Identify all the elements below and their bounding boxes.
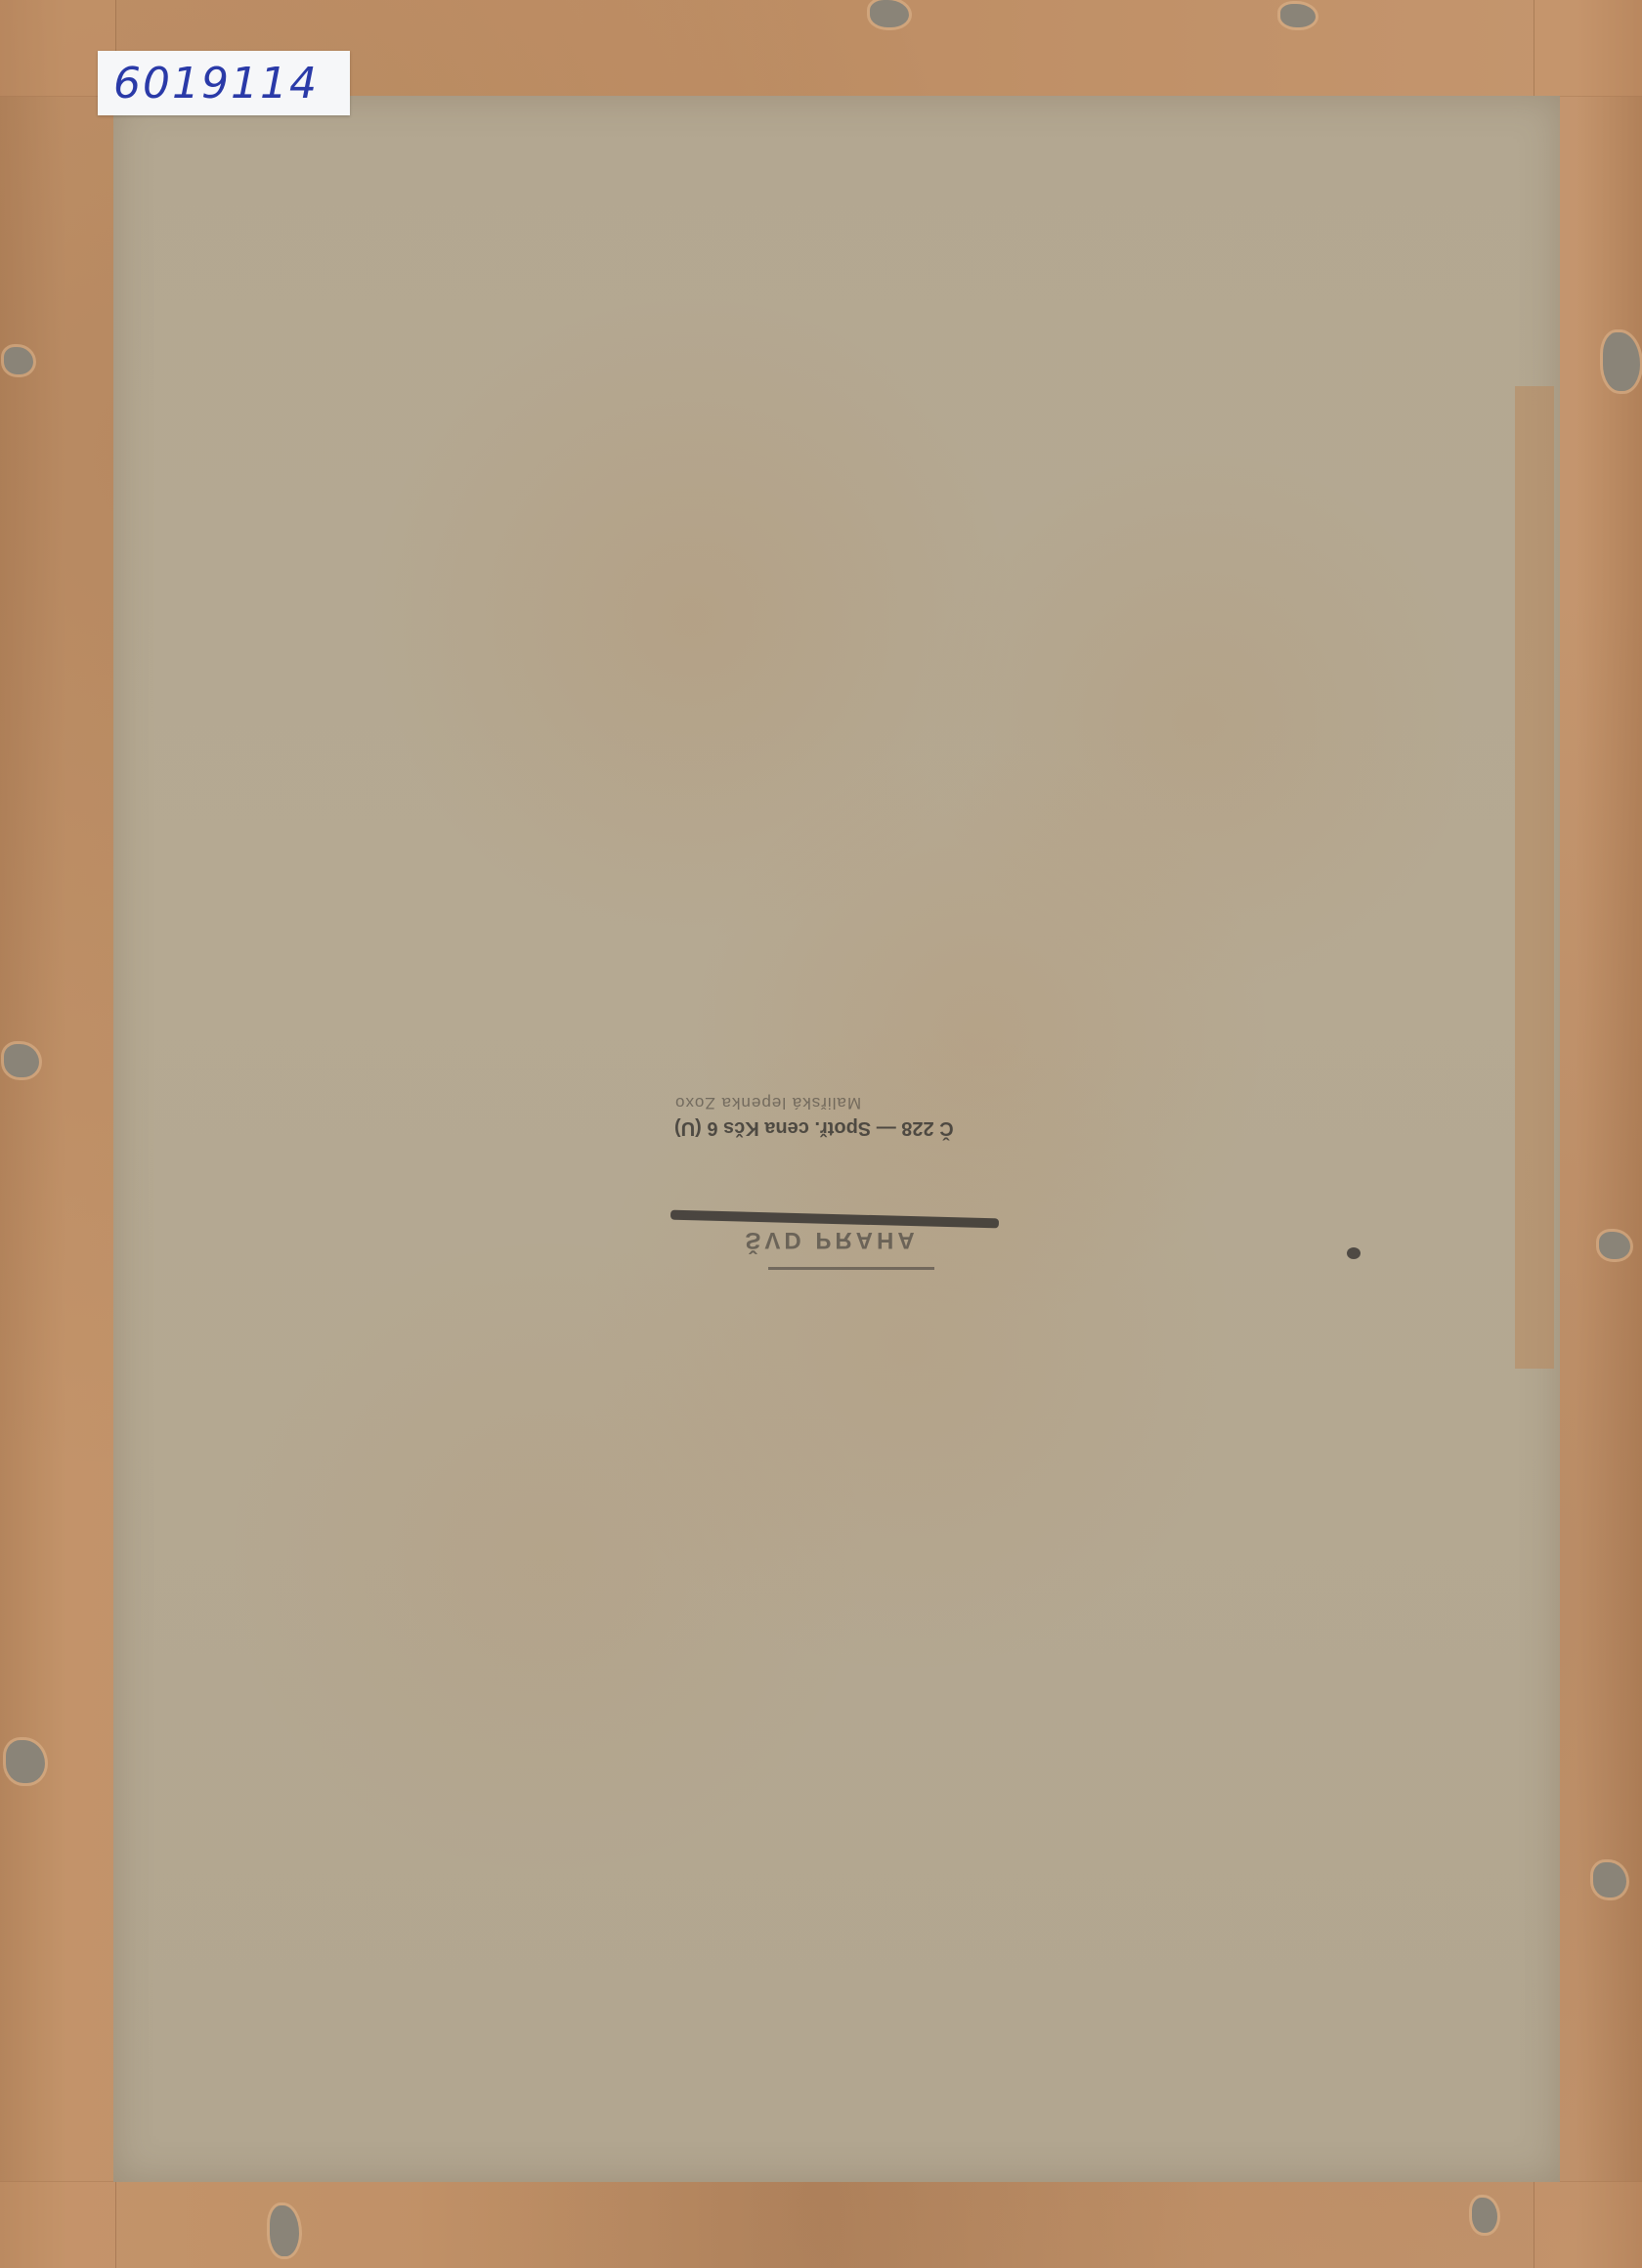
tape-tear-top-right — [1280, 4, 1316, 27]
stamp: ŠVD PRAHA — [670, 1208, 999, 1277]
kraft-tape-left — [0, 0, 116, 2268]
tape-tear-left-2 — [4, 1044, 39, 1077]
tape-tear-left-1 — [4, 347, 33, 374]
tape-tear-right-1 — [1599, 1232, 1630, 1259]
stamp-underline — [768, 1267, 934, 1270]
kraft-tape-bottom — [0, 2181, 1642, 2268]
inventory-number: 6019114 — [113, 59, 319, 109]
inventory-label: 6019114 — [98, 51, 350, 115]
stamp-text: ŠVD PRAHA — [680, 1226, 983, 1253]
printed-price-text: Č 228 — Spotř. cena Kčs 6 (U) Maliřská l… — [674, 1093, 1007, 1139]
tape-tear-right-3 — [1593, 1862, 1626, 1897]
price-line: Č 228 — Spotř. cena Kčs 6 (U) — [674, 1116, 1007, 1139]
frame-back: 6019114 Č 228 — Spotř. cena Kčs 6 (U) Ma… — [0, 0, 1642, 2268]
tape-tear-top — [870, 0, 909, 27]
material-line: Maliřská lepenka Zoxo — [674, 1093, 1007, 1112]
tape-tear-bottom-2 — [1472, 2198, 1497, 2233]
ink-spot — [1347, 1247, 1361, 1259]
kraft-tape-overlap — [1515, 386, 1554, 1369]
tape-tear-left-3 — [6, 1740, 45, 1783]
backing-board — [113, 96, 1560, 2182]
